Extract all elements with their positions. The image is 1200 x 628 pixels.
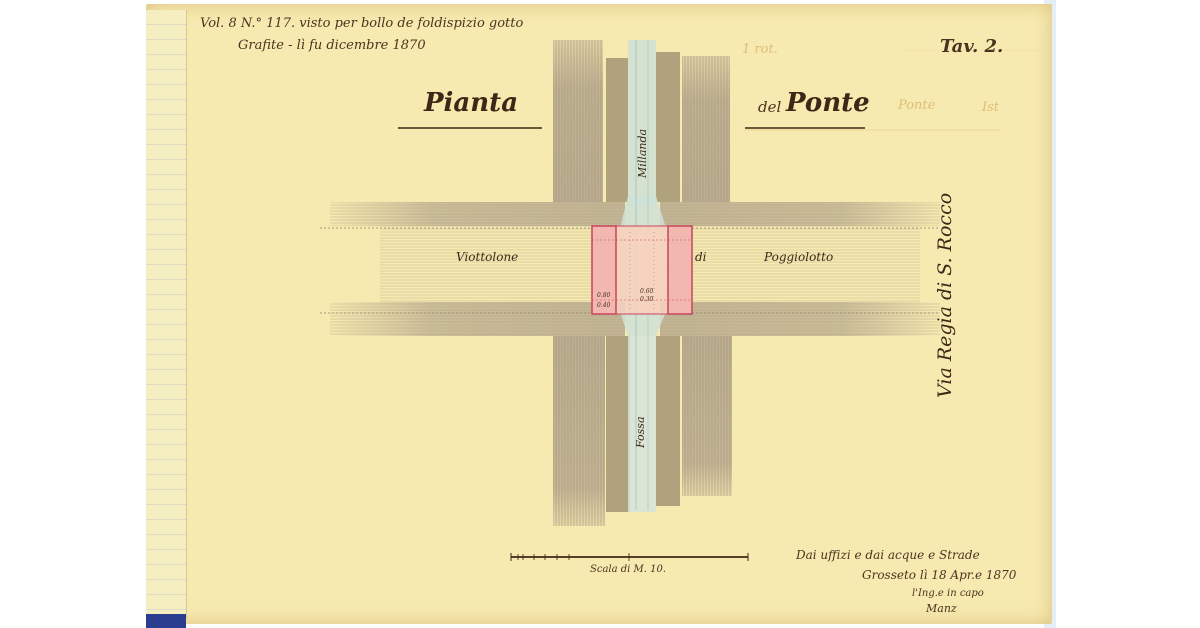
signature-name: Manz — [926, 602, 957, 615]
scale-caption: Scala di M. 10. — [590, 564, 666, 575]
title-pianta: Pianta — [424, 88, 518, 118]
title-ponte: Ponte — [786, 88, 870, 118]
label-road-east: Poggiolotto — [764, 250, 833, 264]
signature-line2: Grosseto lì 18 Apr.e 1870 — [862, 568, 1016, 582]
faint-mark-3: Ist — [982, 100, 999, 115]
bridge-dim-3: 0.60 — [640, 288, 653, 295]
archive-note-line2: Grafite - lì fu dicembre 1870 — [238, 38, 426, 53]
label-canal-north: Millanda — [636, 129, 649, 178]
sheet-number: Tav. 2. — [940, 36, 1003, 57]
title-del: del — [758, 98, 781, 116]
label-road-connector: di — [695, 250, 707, 264]
label-road-west: Viottolone — [456, 250, 518, 264]
bridge-plan-drawing — [0, 0, 1200, 628]
signature-line1: Dai uffizi e dai acque e Strade — [796, 548, 980, 562]
bridge-dim-4: 0.30 — [640, 296, 653, 303]
label-side-road: Via Regia di S. Rocco — [934, 193, 956, 398]
bridge-dim-2: 0.40 — [597, 302, 610, 309]
scale-bar — [511, 553, 748, 561]
archive-note-line1: Vol. 8 N.° 117. visto per bollo de foldi… — [200, 16, 523, 31]
faint-mark-1: 1 rot. — [742, 42, 778, 57]
signature-line3: l'Ing.e in capo — [912, 588, 984, 599]
faint-mark-2: Ponte — [898, 98, 935, 113]
label-canal-south: Fossa — [634, 416, 647, 448]
bridge-dim-1: 0.80 — [597, 292, 610, 299]
